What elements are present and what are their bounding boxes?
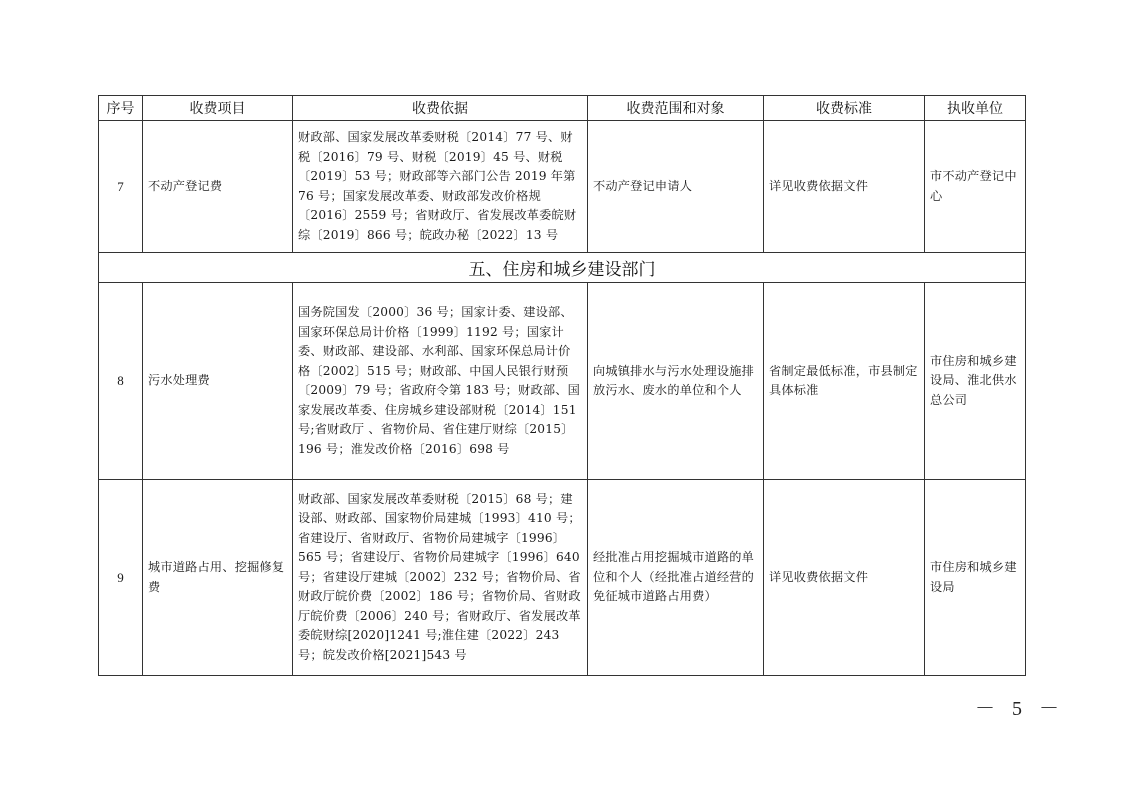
row-number: 8 — [99, 283, 143, 480]
collecting-unit: 市住房和城乡建设局、淮北供水总公司 — [925, 283, 1026, 480]
row-number: 9 — [99, 480, 143, 676]
fee-scope: 向城镇排水与污水处理设施排放污水、废水的单位和个人 — [588, 283, 764, 480]
col-header-unit: 执收单位 — [925, 96, 1026, 121]
fee-scope: 经批准占用挖掘城市道路的单位和个人（经批准占道经营的免征城市道路占用费） — [588, 480, 764, 676]
table-row: 8 污水处理费 国务院国发〔2000〕36 号；国家计委、建设部、国家环保总局计… — [99, 283, 1026, 480]
fee-basis: 国务院国发〔2000〕36 号；国家计委、建设部、国家环保总局计价格〔1999〕… — [293, 283, 588, 480]
col-header-scope: 收费范围和对象 — [588, 96, 764, 121]
fee-basis: 财政部、国家发展改革委财税〔2014〕77 号、财税〔2016〕79 号、财税〔… — [293, 121, 588, 253]
fee-item: 城市道路占用、挖掘修复费 — [143, 480, 293, 676]
fee-table: 序号 收费项目 收费依据 收费范围和对象 收费标准 执收单位 7 不动产登记费 … — [98, 95, 1026, 676]
fee-basis: 财政部、国家发展改革委财税〔2015〕68 号；建设部、财政部、国家物价局建城〔… — [293, 480, 588, 676]
header-row: 序号 收费项目 收费依据 收费范围和对象 收费标准 执收单位 — [99, 96, 1026, 121]
col-header-no: 序号 — [99, 96, 143, 121]
section-title: 五、住房和城乡建设部门 — [99, 253, 1026, 283]
row-number: 7 — [99, 121, 143, 253]
col-header-basis: 收费依据 — [293, 96, 588, 121]
fee-standard: 详见收费依据文件 — [764, 480, 925, 676]
fee-standard: 详见收费依据文件 — [764, 121, 925, 253]
collecting-unit: 市住房和城乡建设局 — [925, 480, 1026, 676]
fee-item: 污水处理费 — [143, 283, 293, 480]
fee-scope: 不动产登记申请人 — [588, 121, 764, 253]
fee-standard: 省制定最低标准，市县制定具体标准 — [764, 283, 925, 480]
collecting-unit: 市不动产登记中心 — [925, 121, 1026, 253]
col-header-standard: 收费标准 — [764, 96, 925, 121]
table-row: 9 城市道路占用、挖掘修复费 财政部、国家发展改革委财税〔2015〕68 号；建… — [99, 480, 1026, 676]
section-row: 五、住房和城乡建设部门 — [99, 253, 1026, 283]
col-header-item: 收费项目 — [143, 96, 293, 121]
page-number: － 5 － — [975, 692, 1065, 721]
table-row: 7 不动产登记费 财政部、国家发展改革委财税〔2014〕77 号、财税〔2016… — [99, 121, 1026, 253]
fee-item: 不动产登记费 — [143, 121, 293, 253]
